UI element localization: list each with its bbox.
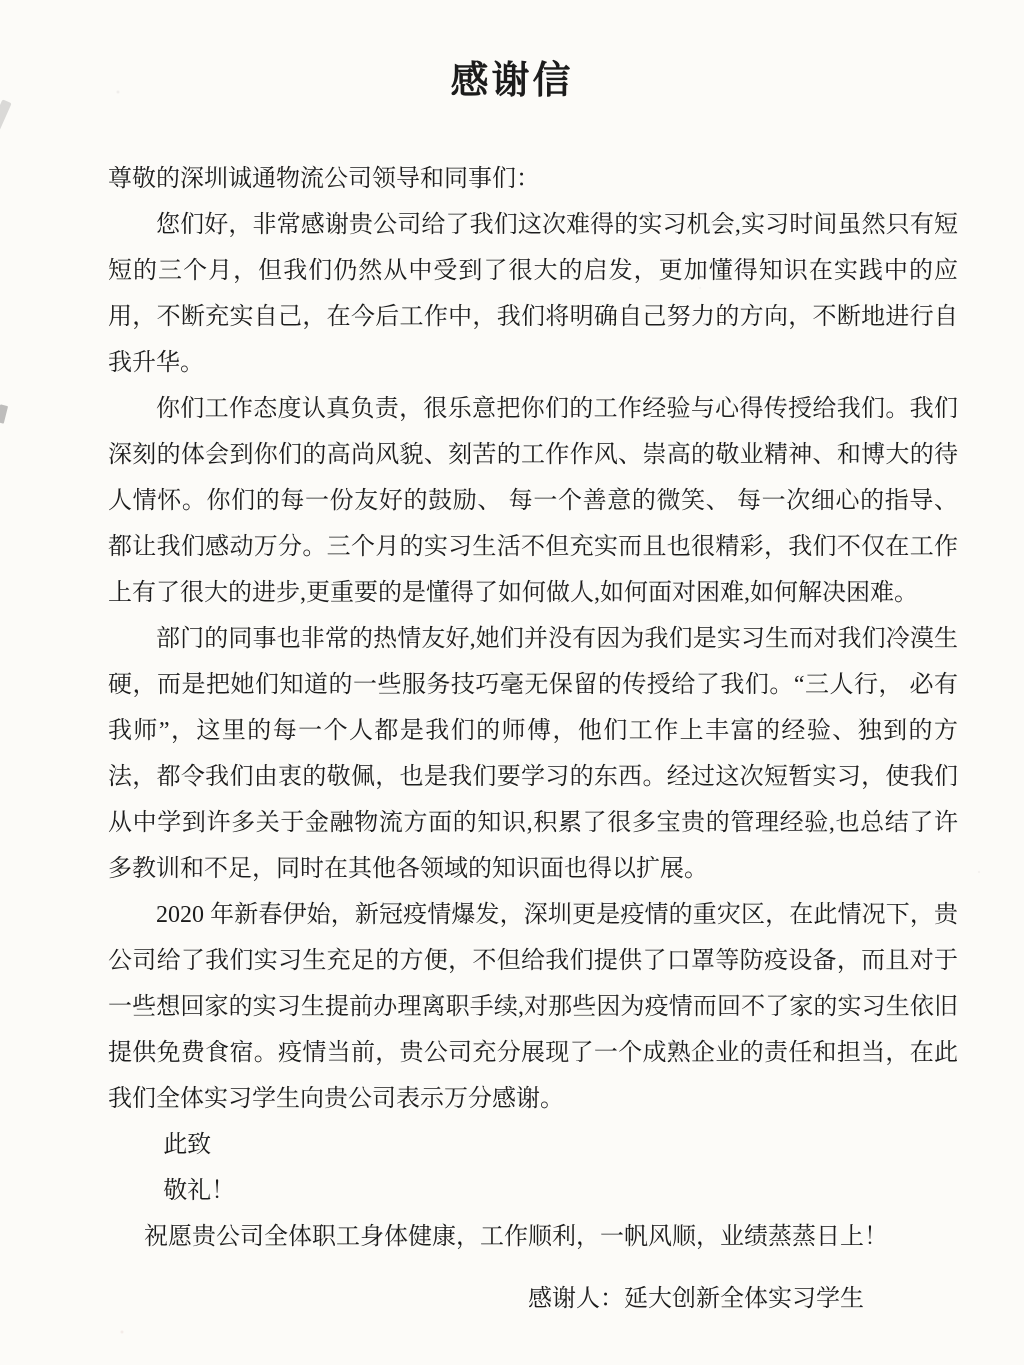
- scan-artifact: [0, 99, 12, 130]
- letter-title: 感谢信: [0, 56, 1024, 106]
- wish-line: 祝愿贵公司全体职工身体健康，工作顺利，一帆风顺，业绩蒸蒸日上！: [108, 1214, 958, 1260]
- paragraph-pandemic: 2020 年新春伊始，新冠疫情爆发，深圳更是疫情的重灾区，在此情况下，贵公司给了…: [108, 892, 958, 1122]
- closing-jingli: 敬礼！: [108, 1168, 958, 1214]
- closing-cizhi: 此致: [108, 1122, 958, 1168]
- salutation-line: 尊敬的深圳诚通物流公司领导和同事们：: [108, 156, 958, 202]
- paragraph-colleagues: 部门的同事也非常的热情友好,她们并没有因为我们是实习生而对我们冷漠生硬，而是把她…: [108, 616, 958, 892]
- signature-line: 感谢人：延大创新全体实习学生: [528, 1276, 958, 1322]
- paragraph-work-attitude: 你们工作态度认真负责，很乐意把你们的工作经验与心得传授给我们。我们深刻的体会到你…: [108, 386, 958, 616]
- letter-body: 尊敬的深圳诚通物流公司领导和同事们： 您们好，非常感谢贵公司给了我们这次难得的实…: [108, 156, 958, 1322]
- scanned-letter-page: 感谢信 尊敬的深圳诚通物流公司领导和同事们： 您们好，非常感谢贵公司给了我们这次…: [0, 0, 1024, 1365]
- scan-artifact: [0, 404, 8, 423]
- paragraph-intro: 您们好，非常感谢贵公司给了我们这次难得的实习机会,实习时间虽然只有短短的三个月，…: [108, 202, 958, 386]
